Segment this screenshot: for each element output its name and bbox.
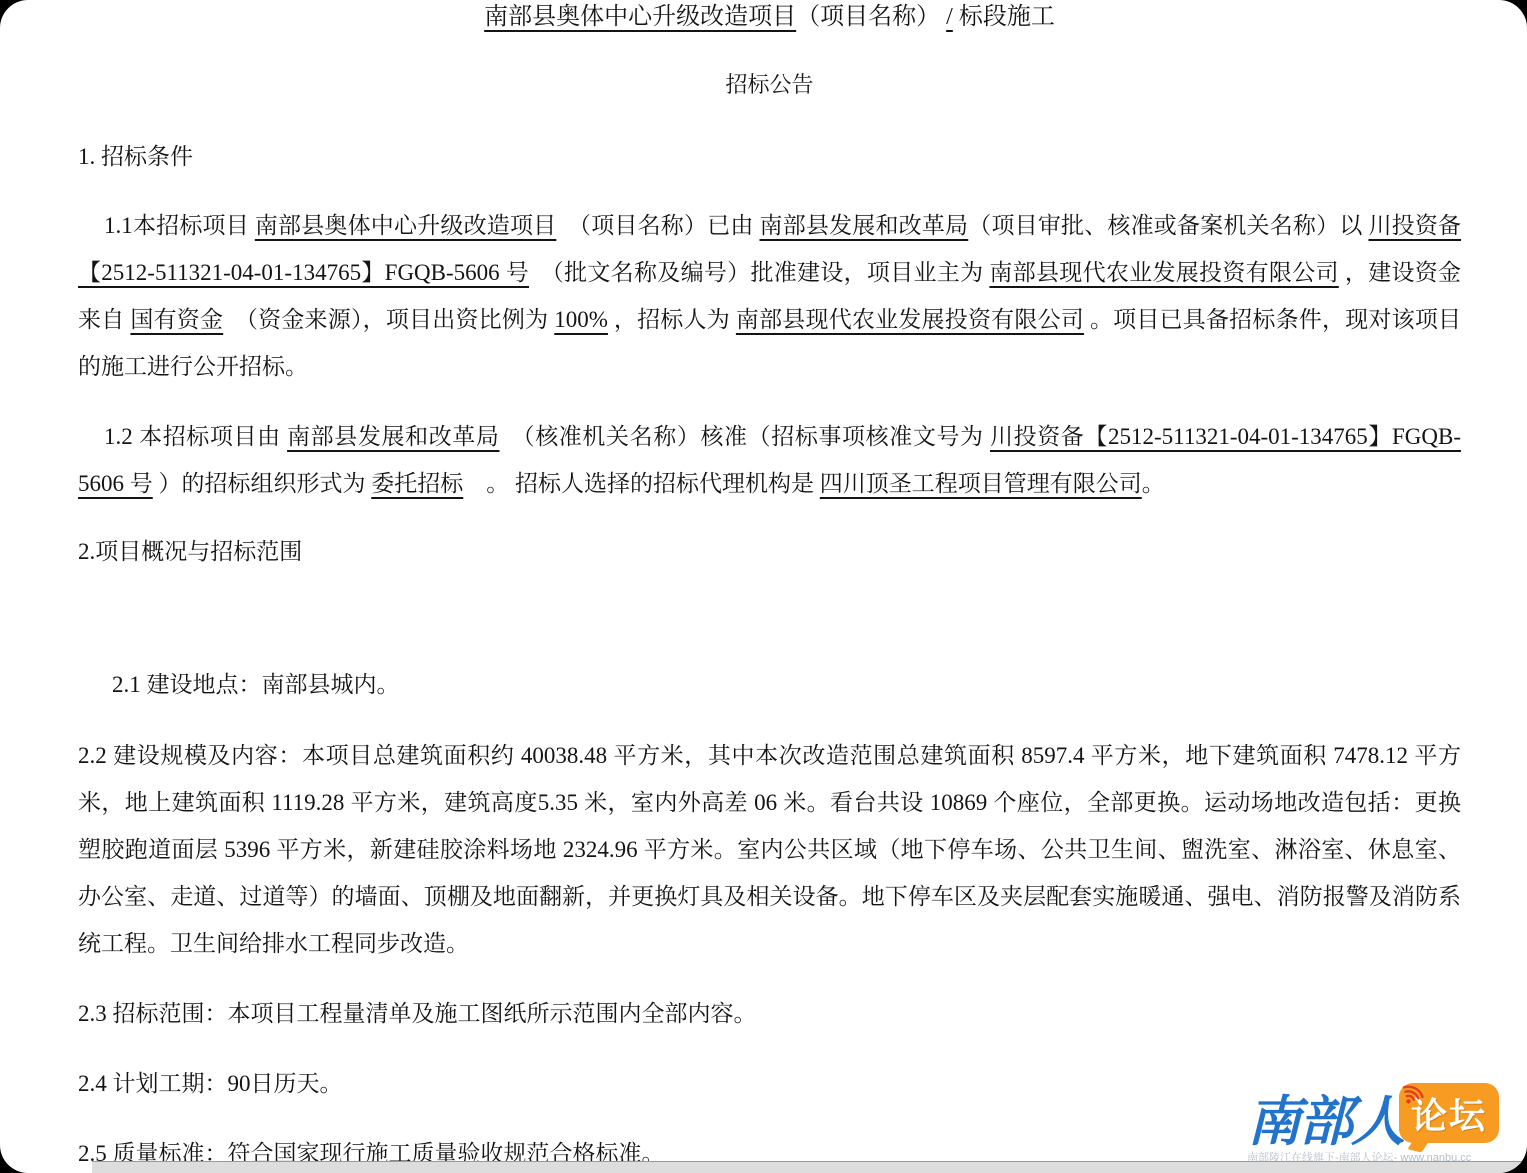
clause-2-2: 2.2 建设规模及内容：本项目总建筑面积约 40038.48 平方米，其中本次改… (78, 732, 1461, 967)
section-2-heading: 2.项目概况与招标范围 (78, 537, 1461, 567)
underlined-text: 南部县现代农业发展投资有限公司 (989, 260, 1338, 285)
underlined-text: 100% (554, 307, 608, 332)
document-title: 南部县奥体中心升级改造项目（项目名称） / 标段施工 (78, 2, 1461, 32)
document-page: 南部县奥体中心升级改造项目（项目名称） / 标段施工 招标公告 1. 招标条件 … (0, 0, 1527, 1173)
bid-announcement-document: 南部县奥体中心升级改造项目（项目名称） / 标段施工 招标公告 1. 招标条件 … (0, 0, 1527, 1173)
section-1-heading: 1. 招标条件 (78, 142, 1461, 172)
underlined-text: 南部县发展和改革局 (287, 424, 499, 449)
underlined-text: 南部县发展和改革局 (760, 213, 969, 238)
underlined-text: 南部县现代农业发展投资有限公司 (736, 307, 1084, 332)
plain-text: 标段施工 (953, 4, 1055, 30)
plain-text: 1.2 本招标项目由 (104, 424, 287, 449)
page-bottom-edge (92, 1161, 1527, 1173)
plain-text: ，招标人为 (608, 307, 736, 332)
clause-2-1: 2.1 建设地点：南部县城内。 (78, 661, 1461, 708)
underlined-text: 国有资金 (130, 307, 223, 332)
underlined-text: 南部县奥体中心升级改造项目 (484, 4, 796, 30)
plain-text: （项目名称） (796, 4, 946, 30)
document-subtitle: 招标公告 (78, 70, 1461, 100)
forum-badge: 论坛 (1399, 1083, 1499, 1143)
watermark-row: 南部人 论坛 (1247, 1083, 1517, 1149)
plain-text: 。 (1142, 471, 1165, 496)
brand-logo-text: 南部人 (1247, 1093, 1403, 1149)
underlined-text: / (946, 4, 953, 30)
plain-text: （批文名称及编号）批准建设，项目业主为 (529, 260, 989, 285)
plain-text: （项目名称）已由 (556, 213, 759, 238)
plain-text: （资金来源），项目出资比例为 (223, 307, 554, 332)
underlined-text: 南部县奥体中心升级改造项目 (255, 213, 557, 238)
clause-1-1: 1.1本招标项目 南部县奥体中心升级改造项目 （项目名称）已由 南部县发展和改革… (78, 202, 1461, 390)
underlined-text: 委托招标 (371, 471, 463, 496)
clause-2-3: 2.3 招标范围：本项目工程量清单及施工图纸所示范围内全部内容。 (78, 990, 1461, 1037)
plain-text: （核准机关名称）核准（招标事项核准文号为 (500, 424, 991, 449)
underlined-text: 四川顶圣工程项目管理有限公司 (820, 471, 1142, 496)
watermark-logo: 南部人 论坛 南部陵江在线旗下-南部人论坛- www.nanbu.cc (1247, 1083, 1517, 1165)
clause-1-2: 1.2 本招标项目由 南部县发展和改革局 （核准机关名称）核准（招标事项核准文号… (78, 413, 1461, 507)
plain-text: 。 招标人选择的招标代理机构是 (463, 471, 820, 496)
plain-text: （项目审批、核准或备案机关名称）以 (968, 213, 1368, 238)
plain-text: 1.1本招标项目 (104, 213, 255, 238)
plain-text: ）的招标组织形式为 (153, 471, 372, 496)
